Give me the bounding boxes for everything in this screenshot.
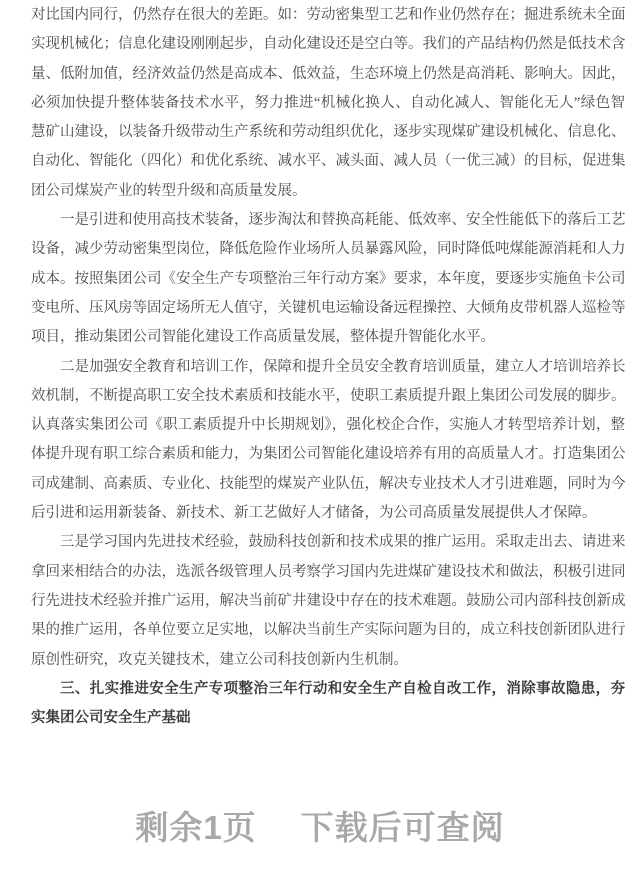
document-line: 一是引进和使用高技术装备，逐步淘汰和替换高耗能、低效率、安全性能低下的落后工艺 <box>31 206 625 235</box>
document-line: 设备，减少劳动密集型岗位，降低危险作业场所人员暴露风险，同时降低吨煤能源消耗和人… <box>31 235 625 264</box>
document-line: 必须加快提升整体装备技术水平，努力推进“机械化换人、自动化减人、智能化无人”绿色… <box>31 89 625 118</box>
document-line: 团公司煤炭产业的转型升级和高质量发展。 <box>31 177 625 206</box>
document-line: 认真落实集团公司《职工素质提升中长期规划》，强化校企合作，实施人才转型培养计划，… <box>31 411 625 440</box>
section-three-heading: 三、扎实推进安全生产专项整治三年行动和安全生产自检自改工作，消除事故隐患，夯 实… <box>31 675 625 734</box>
document-line: 果的推广运用，各单位要立足实地，以解决当前生产实际问题为目的，成立科技创新团队进… <box>31 616 625 645</box>
document-line: 二是加强安全教育和培训工作，保障和提升全员安全教育培训质量，建立人才培训培养长 <box>31 353 625 382</box>
document-page: 对比国内同行，仍然存在很大的差距。如：劳动密集型工艺和作业仍然存在；掘进系统未全… <box>0 0 640 887</box>
paragraph-point-three: 三是学习国内先进技术经验，鼓励科技创新和技术成果的推广运用。采取走出去、请进来、… <box>31 528 625 674</box>
remaining-pages-label: 剩余1页 <box>135 809 256 846</box>
document-line: 自动化、智能化（四化）和优化系统、减水平、减头面、减人员（一优三减）的目标，促进… <box>31 147 625 176</box>
heading-line: 实集团公司安全生产基础 <box>31 704 625 733</box>
document-body: 对比国内同行，仍然存在很大的差距。如：劳动密集型工艺和作业仍然存在；掘进系统未全… <box>0 0 640 733</box>
paragraph-point-two: 二是加强安全教育和培训工作，保障和提升全员安全教育培训质量，建立人才培训培养长 … <box>31 353 625 529</box>
document-line: 慧矿山建设，以装备升级带动生产系统和劳动组织优化，逐步实现煤矿建设机械化、信息化… <box>31 118 625 147</box>
document-line: 对比国内同行，仍然存在很大的差距。如：劳动密集型工艺和作业仍然存在；掘进系统未全… <box>31 1 625 30</box>
download-to-view-label: 下载后可查阅 <box>301 809 505 846</box>
document-line: 实现机械化；信息化建设刚刚起步，自动化建设还是空白等。我们的产品结构仍然是低技术… <box>31 30 625 59</box>
document-line: 原创性研究，攻克关键技术，建立公司科技创新内生机制。 <box>31 646 625 675</box>
document-line: 行先进技术经验并推广运用，解决当前矿井建设中存在的技术难题。鼓励公司内部科技创新… <box>31 587 625 616</box>
paragraph-continuation: 对比国内同行，仍然存在很大的差距。如：劳动密集型工艺和作业仍然存在；掘进系统未全… <box>31 1 625 206</box>
document-line: 司成建制、高素质、专业化、技能型的煤炭产业队伍，解决专业技术人才引进难题，同时为… <box>31 470 625 499</box>
page-watermark: 剩余1页下载后可查阅 <box>0 805 640 851</box>
document-line: 后引进和运用新装备、新技术、新工艺做好人才储备，为公司高质量发展提供人才保障。 <box>31 499 625 528</box>
document-line: 量、低附加值，经济效益仍然是高成本、低效益，生态环境上仍然是高消耗、影响大。因此… <box>31 60 625 89</box>
document-line: 项目，推动集团公司智能化建设工作高质量发展，整体提升智能化水平。 <box>31 323 625 352</box>
document-line: 拿回来相结合的办法，选派各级管理人员考察学习国内先进煤矿建设技术和做法，积极引进… <box>31 558 625 587</box>
document-line: 变电所、压风房等固定场所无人值守，关键机电运输设备远程操控、大倾角皮带机器人巡检… <box>31 294 625 323</box>
heading-line: 三、扎实推进安全生产专项整治三年行动和安全生产自检自改工作，消除事故隐患，夯 <box>31 675 625 704</box>
document-line: 成本。按照集团公司《安全生产专项整治三年行动方案》要求，本年度，要逐步实施鱼卡公… <box>31 265 625 294</box>
document-line: 体提升现有职工综合素质和能力，为集团公司智能化建设培养有用的高质量人才。打造集团… <box>31 440 625 469</box>
document-line: 效机制，不断提高职工安全技术素质和技能水平，使职工素质提升跟上集团公司发展的脚步… <box>31 382 625 411</box>
paragraph-point-one: 一是引进和使用高技术装备，逐步淘汰和替换高耗能、低效率、安全性能低下的落后工艺 … <box>31 206 625 352</box>
document-line: 三是学习国内先进技术经验，鼓励科技创新和技术成果的推广运用。采取走出去、请进来、 <box>31 528 625 557</box>
